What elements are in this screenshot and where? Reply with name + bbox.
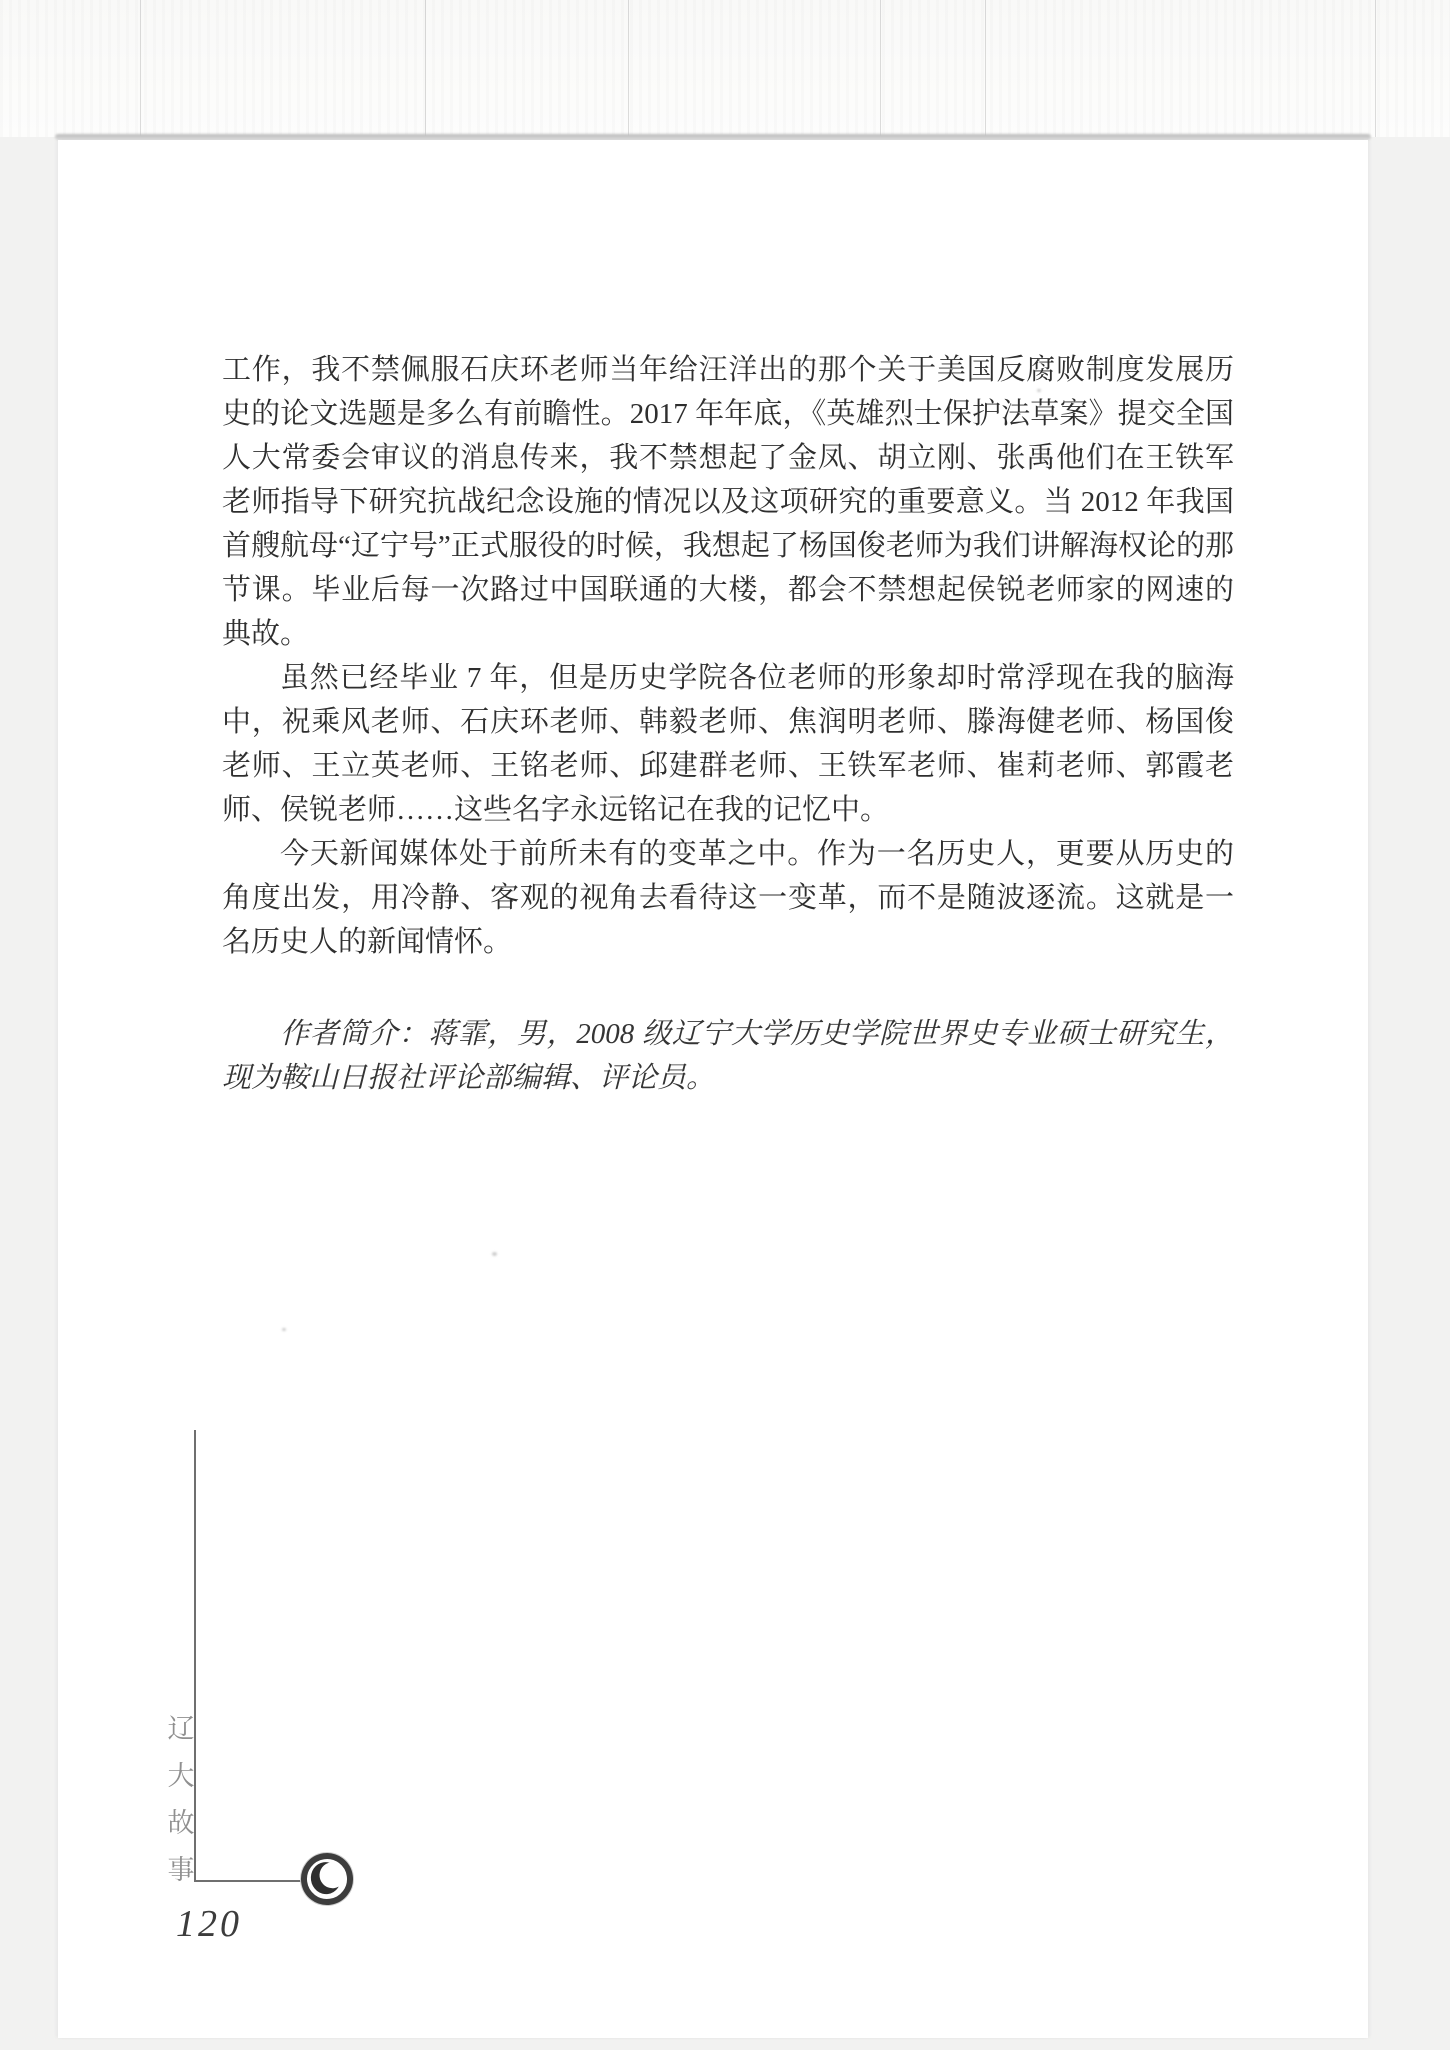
scan-artifact-line [140,0,141,137]
page-number: 120 [176,1902,242,1946]
scan-artifact-line [880,0,881,137]
scan-artifact-line [425,0,426,137]
paragraph: 工作，我不禁佩服石庆环老师当年给汪洋出的那个关于美国反腐败制度发展历史的论文选题… [222,348,1234,656]
seal-crescent-shape [309,1860,343,1896]
scan-speck [492,1252,497,1256]
scan-speck [282,1328,286,1331]
paragraph: 今天新闻媒体处于前所未有的变革之中。作为一名历史人，更要从历史的角度出发，用冷静… [222,832,1234,964]
scan-artifact-line [985,0,986,137]
sidebar-caption-char: 事 [166,1847,196,1894]
scan-artifact-line [628,0,629,137]
corner-rule-vertical [194,1430,196,1882]
author-bio: 作者简介：蒋霏，男，2008 级辽宁大学历史学院世界史专业硕士研究生，现为鞍山日… [222,1012,1234,1100]
body-text: 工作，我不禁佩服石庆环老师当年给汪洋出的那个关于美国反腐败制度发展历史的论文选题… [222,348,1234,1100]
sidebar-vertical-caption: 辽 大 故 事 [166,1706,196,1894]
scan-artifact-line [1375,0,1376,137]
corner-rule-horizontal [194,1880,310,1882]
paragraph: 虽然已经毕业 7 年，但是历史学院各位老师的形象却时常浮现在我的脑海中，祝乘风老… [222,656,1234,832]
scanned-book-page: { "document": { "paragraphs": [ "工作，我不禁佩… [0,0,1450,2050]
scan-speck [1037,389,1041,392]
sidebar-caption-char: 辽 [166,1706,196,1753]
sidebar-caption-char: 故 [166,1800,196,1847]
scan-noise-band [0,0,1450,137]
sidebar-caption-char: 大 [166,1753,196,1800]
